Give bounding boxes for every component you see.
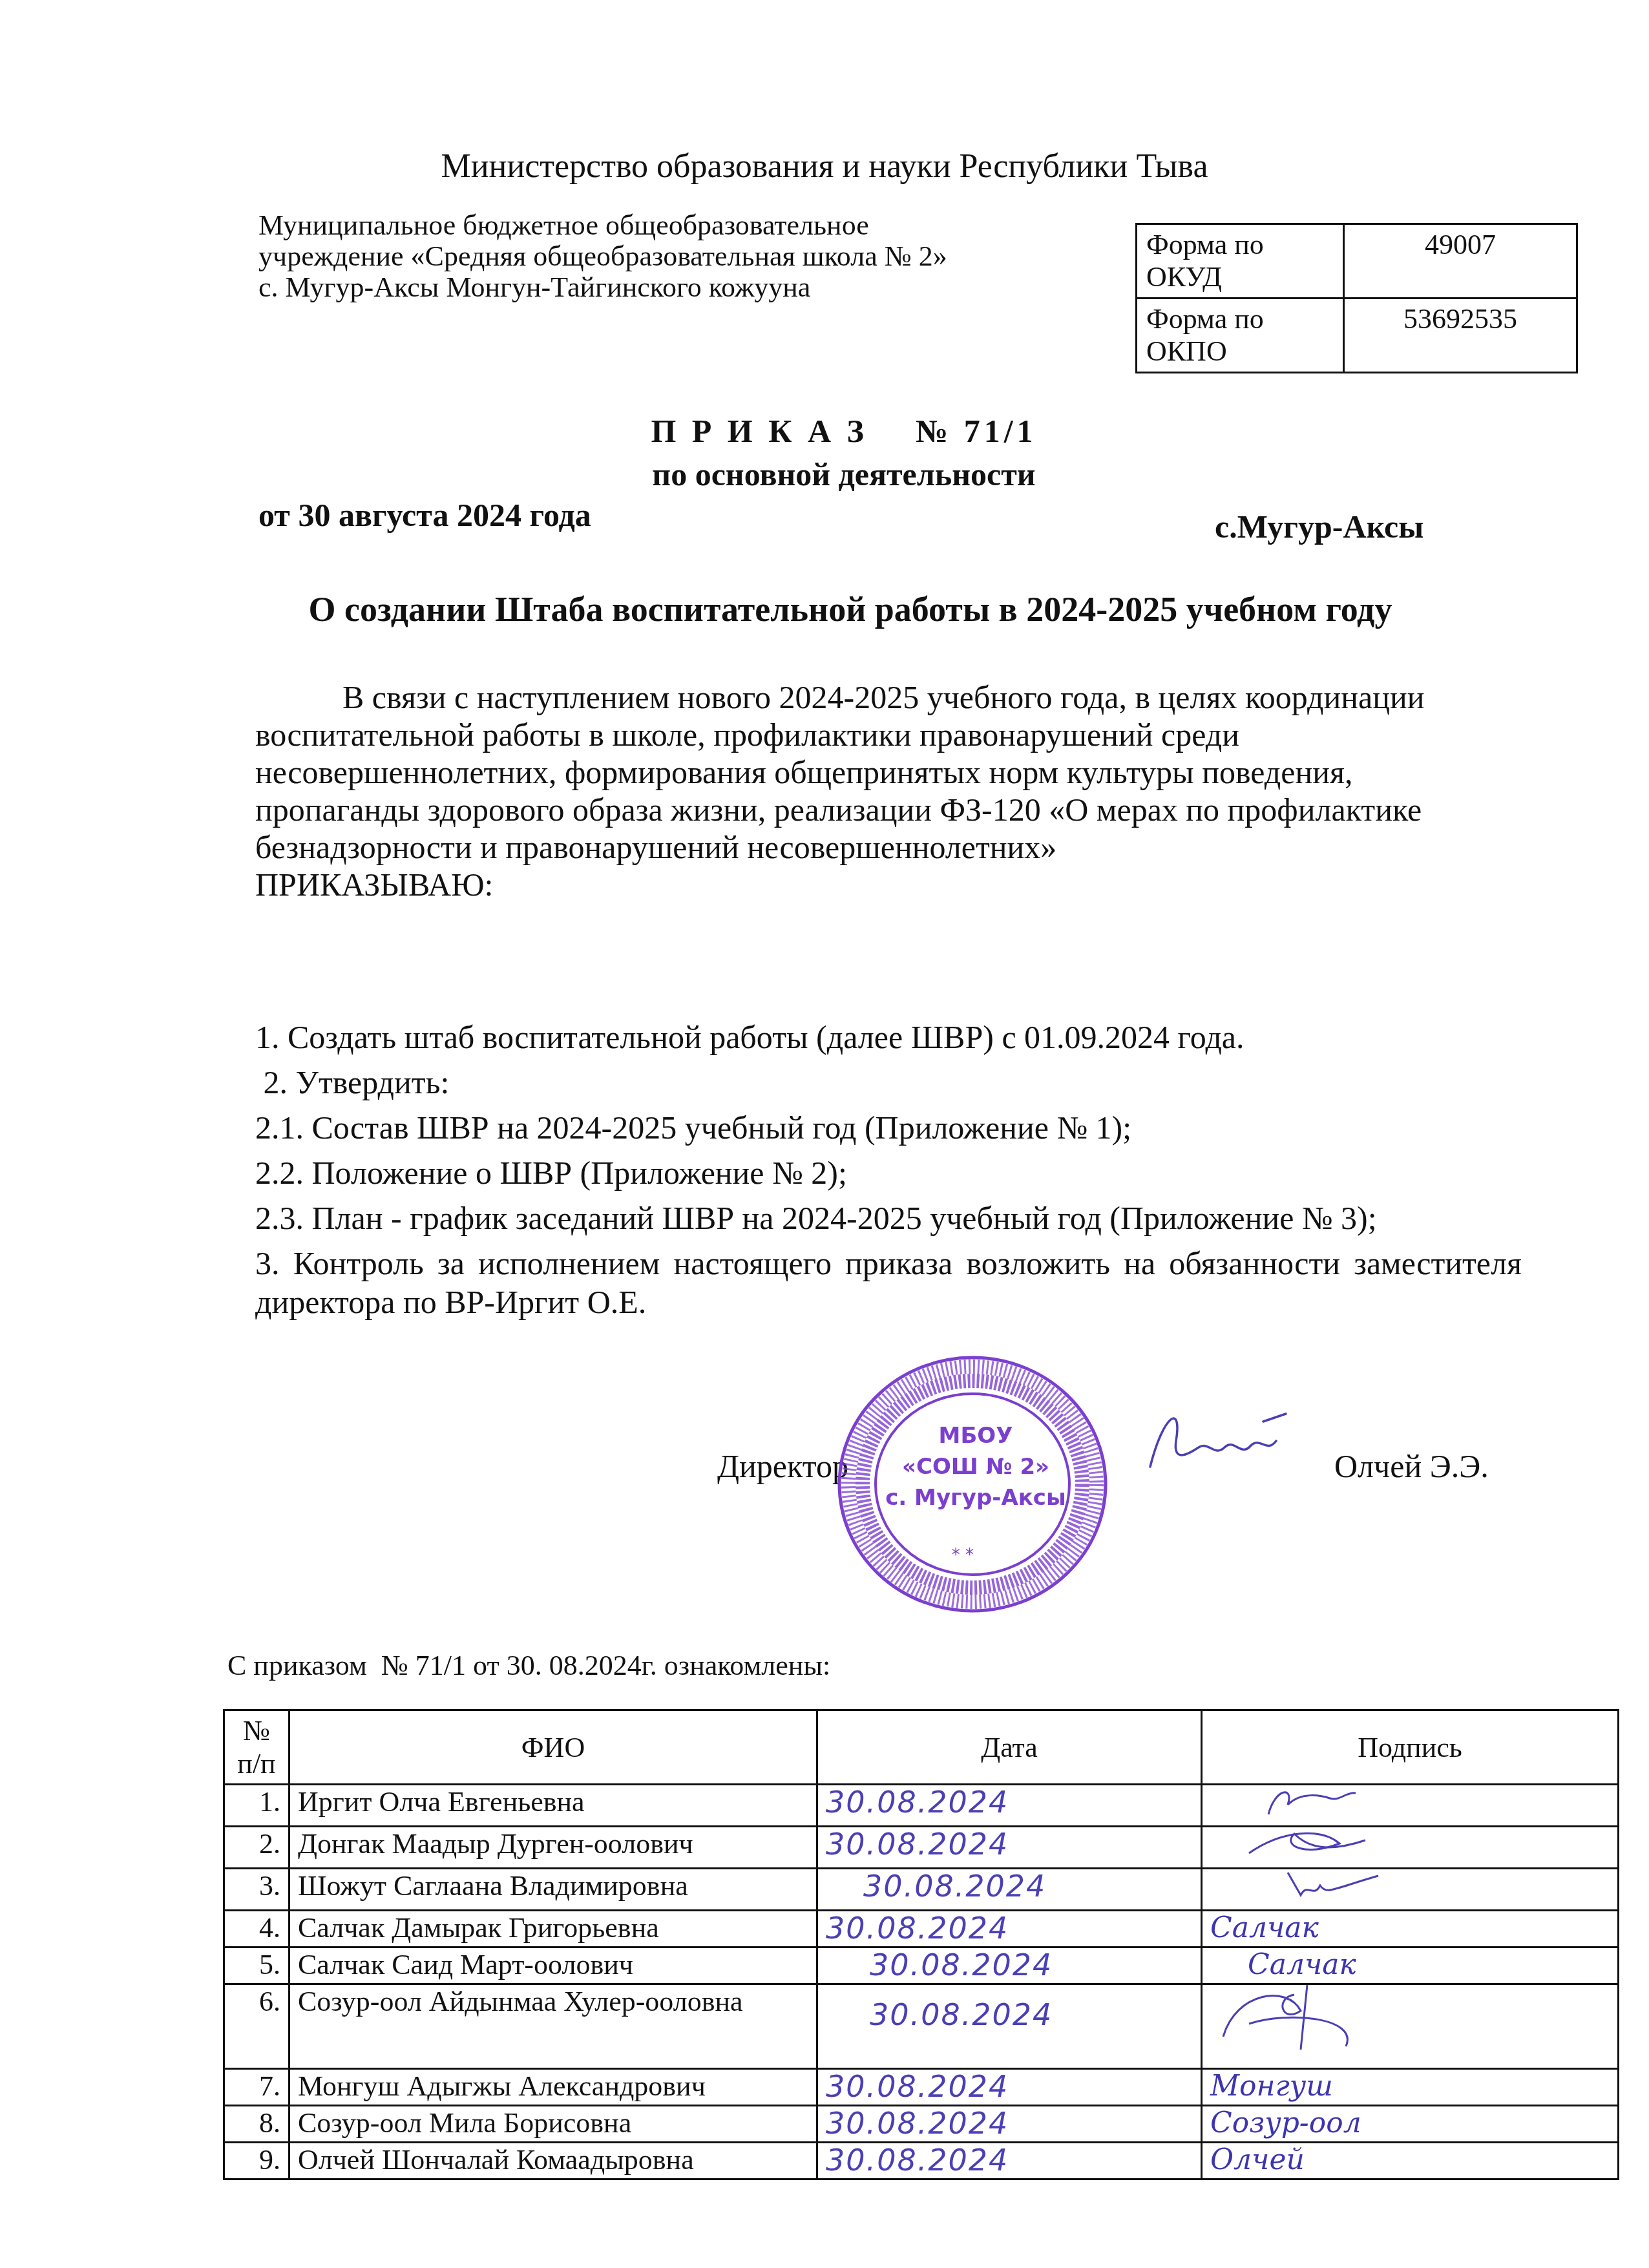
stamp-line: МБОУ	[939, 1423, 1013, 1449]
director-position: Директор	[717, 1447, 848, 1485]
handwritten-signature-icon	[1210, 1827, 1404, 1860]
row-fio: Монгуш Адыгжы Александрович	[289, 2069, 817, 2106]
row-date: 30.08.2024	[817, 2106, 1202, 2143]
column-header-number: № п/п	[224, 1710, 289, 1785]
handwritten-signature-icon	[1210, 1869, 1404, 1902]
order-item: 2.2. Положение о ШВР (Приложение № 2);	[255, 1153, 1522, 1192]
code-value: 53692535	[1344, 299, 1577, 373]
organization-name: Муниципальное бюджетное общеобразователь…	[258, 210, 1098, 303]
row-signature: Салчак	[1202, 1911, 1619, 1948]
table-row: 6. Созур-оол Айдынмаа Хулер-ооловна 30.0…	[224, 1984, 1619, 2069]
table-row: 4. Салчак Дамырак Григорьевна 30.08.2024…	[224, 1911, 1619, 1948]
order-title: П Р И К А З № 71/1	[0, 412, 1649, 450]
order-items: 1. Создать штаб воспитательной работы (д…	[255, 1018, 1522, 1328]
table-row: 5. Салчак Саид Март-оолович 30.08.2024 С…	[224, 1948, 1619, 1984]
row-date: 30.08.2024	[817, 1785, 1202, 1827]
row-fio: Олчей Шончалай Комаадыровна	[289, 2143, 817, 2179]
director-name: Олчей Э.Э.	[1334, 1447, 1489, 1485]
form-codes-table: Форма по ОКУД 49007 Форма по ОКПО 536925…	[1135, 223, 1578, 373]
row-date: 30.08.2024	[817, 1984, 1202, 2069]
row-number: 6.	[224, 1984, 289, 2069]
preamble: В связи с наступлением нового 2024-2025 …	[255, 678, 1515, 903]
table-header-row: № п/п ФИО Дата Подпись	[224, 1710, 1619, 1785]
ministry-title: Министерство образования и науки Республ…	[0, 147, 1649, 185]
order-subject: О создании Штаба воспитательной работы в…	[0, 589, 1649, 629]
order-date: от 30 августа 2024 года	[258, 496, 591, 534]
row-signature	[1202, 1869, 1619, 1911]
handwritten-signature-icon	[1210, 1985, 1404, 2050]
row-date: 30.08.2024	[817, 1948, 1202, 1984]
row-number: 3.	[224, 1869, 289, 1911]
organization-line: с. Мугур-Аксы Монгун-Тайгинского кожууна	[258, 272, 1098, 303]
row-signature: Созур-оол	[1202, 2106, 1619, 2143]
code-value: 49007	[1344, 224, 1577, 299]
order-item: 1. Создать штаб воспитательной работы (д…	[255, 1018, 1522, 1056]
organization-line: учреждение «Средняя общеобразовательная …	[258, 241, 1098, 272]
table-row: 8. Созур-оол Мила Борисовна 30.08.2024 С…	[224, 2106, 1619, 2143]
row-number: 1.	[224, 1785, 289, 1827]
row-number: 7.	[224, 2069, 289, 2106]
row-fio: Созур-оол Айдынмаа Хулер-ооловна	[289, 1984, 817, 2069]
row-number: 9.	[224, 2143, 289, 2179]
row-date: 30.08.2024	[817, 2069, 1202, 2106]
table-row: 9. Олчей Шончалай Комаадыровна 30.08.202…	[224, 2143, 1619, 2179]
row-signature: Олчей	[1202, 2143, 1619, 2179]
table-row: 1. Иргит Олча Евгеньевна 30.08.2024	[224, 1785, 1619, 1827]
table-row: 7. Монгуш Адыгжы Александрович 30.08.202…	[224, 2069, 1619, 2106]
order-subtitle: по основной деятельности	[0, 456, 1649, 493]
row-fio: Донгак Маадыр Дурген-оолович	[289, 1827, 817, 1869]
column-header-signature: Подпись	[1202, 1710, 1619, 1785]
row-date: 30.08.2024	[817, 1827, 1202, 1869]
row-number: 4.	[224, 1911, 289, 1948]
row-signature	[1202, 1984, 1619, 2069]
svg-text:* *: * *	[952, 1546, 974, 1565]
row-fio: Салчак Саид Март-оолович	[289, 1948, 817, 1984]
row-fio: Созур-оол Мила Борисовна	[289, 2106, 817, 2143]
code-label: Форма по ОКПО	[1137, 299, 1344, 373]
official-stamp: МБОУ «СОШ № 2» с. Мугур-Аксы * *	[830, 1347, 1115, 1619]
row-signature: Салчак	[1202, 1948, 1619, 1984]
row-date: 30.08.2024	[817, 1911, 1202, 1948]
column-header-fio: ФИО	[289, 1710, 817, 1785]
order-item: 2.1. Состав ШВР на 2024-2025 учебный год…	[255, 1108, 1522, 1147]
acknowledgement-caption: С приказом № 71/1 от 30. 08.2024г. ознак…	[227, 1649, 830, 1682]
organization-line: Муниципальное бюджетное общеобразователь…	[258, 210, 1098, 241]
row-number: 2.	[224, 1827, 289, 1869]
stamp-line: «СОШ № 2»	[902, 1454, 1049, 1480]
row-signature	[1202, 1827, 1619, 1869]
director-signature	[1137, 1402, 1292, 1480]
row-number: 8.	[224, 2106, 289, 2143]
column-header-date: Дата	[817, 1710, 1202, 1785]
order-item: 2. Утвердить:	[255, 1063, 1522, 1102]
row-signature: Монгуш	[1202, 2069, 1619, 2106]
order-place: с.Мугур-Аксы	[1215, 508, 1423, 545]
code-row-okpo: Форма по ОКПО 53692535	[1137, 299, 1577, 373]
acknowledgement-table: № п/п ФИО Дата Подпись 1. Иргит Олча Евг…	[223, 1709, 1619, 2180]
row-fio: Салчак Дамырак Григорьевна	[289, 1911, 817, 1948]
row-number: 5.	[224, 1948, 289, 1984]
stamp-line: с. Мугур-Аксы	[885, 1485, 1066, 1511]
table-row: 3. Шожут Саглаана Владимировна 30.08.202…	[224, 1869, 1619, 1911]
row-fio: Шожут Саглаана Владимировна	[289, 1869, 817, 1911]
table-row: 2. Донгак Маадыр Дурген-оолович 30.08.20…	[224, 1827, 1619, 1869]
command-word: ПРИКАЗЫВАЮ:	[255, 866, 1515, 903]
code-label: Форма по ОКУД	[1137, 224, 1344, 299]
row-fio: Иргит Олча Евгеньевна	[289, 1785, 817, 1827]
row-date: 30.08.2024	[817, 2143, 1202, 2179]
code-row-okud: Форма по ОКУД 49007	[1137, 224, 1577, 299]
order-item: 2.3. План - график заседаний ШВР на 2024…	[255, 1199, 1522, 1237]
row-signature	[1202, 1785, 1619, 1827]
row-date: 30.08.2024	[817, 1869, 1202, 1911]
preamble-text: В связи с наступлением нового 2024-2025 …	[255, 678, 1515, 866]
handwritten-signature-icon	[1210, 1785, 1404, 1818]
order-item: 3. Контроль за исполнением настоящего пр…	[255, 1244, 1522, 1321]
